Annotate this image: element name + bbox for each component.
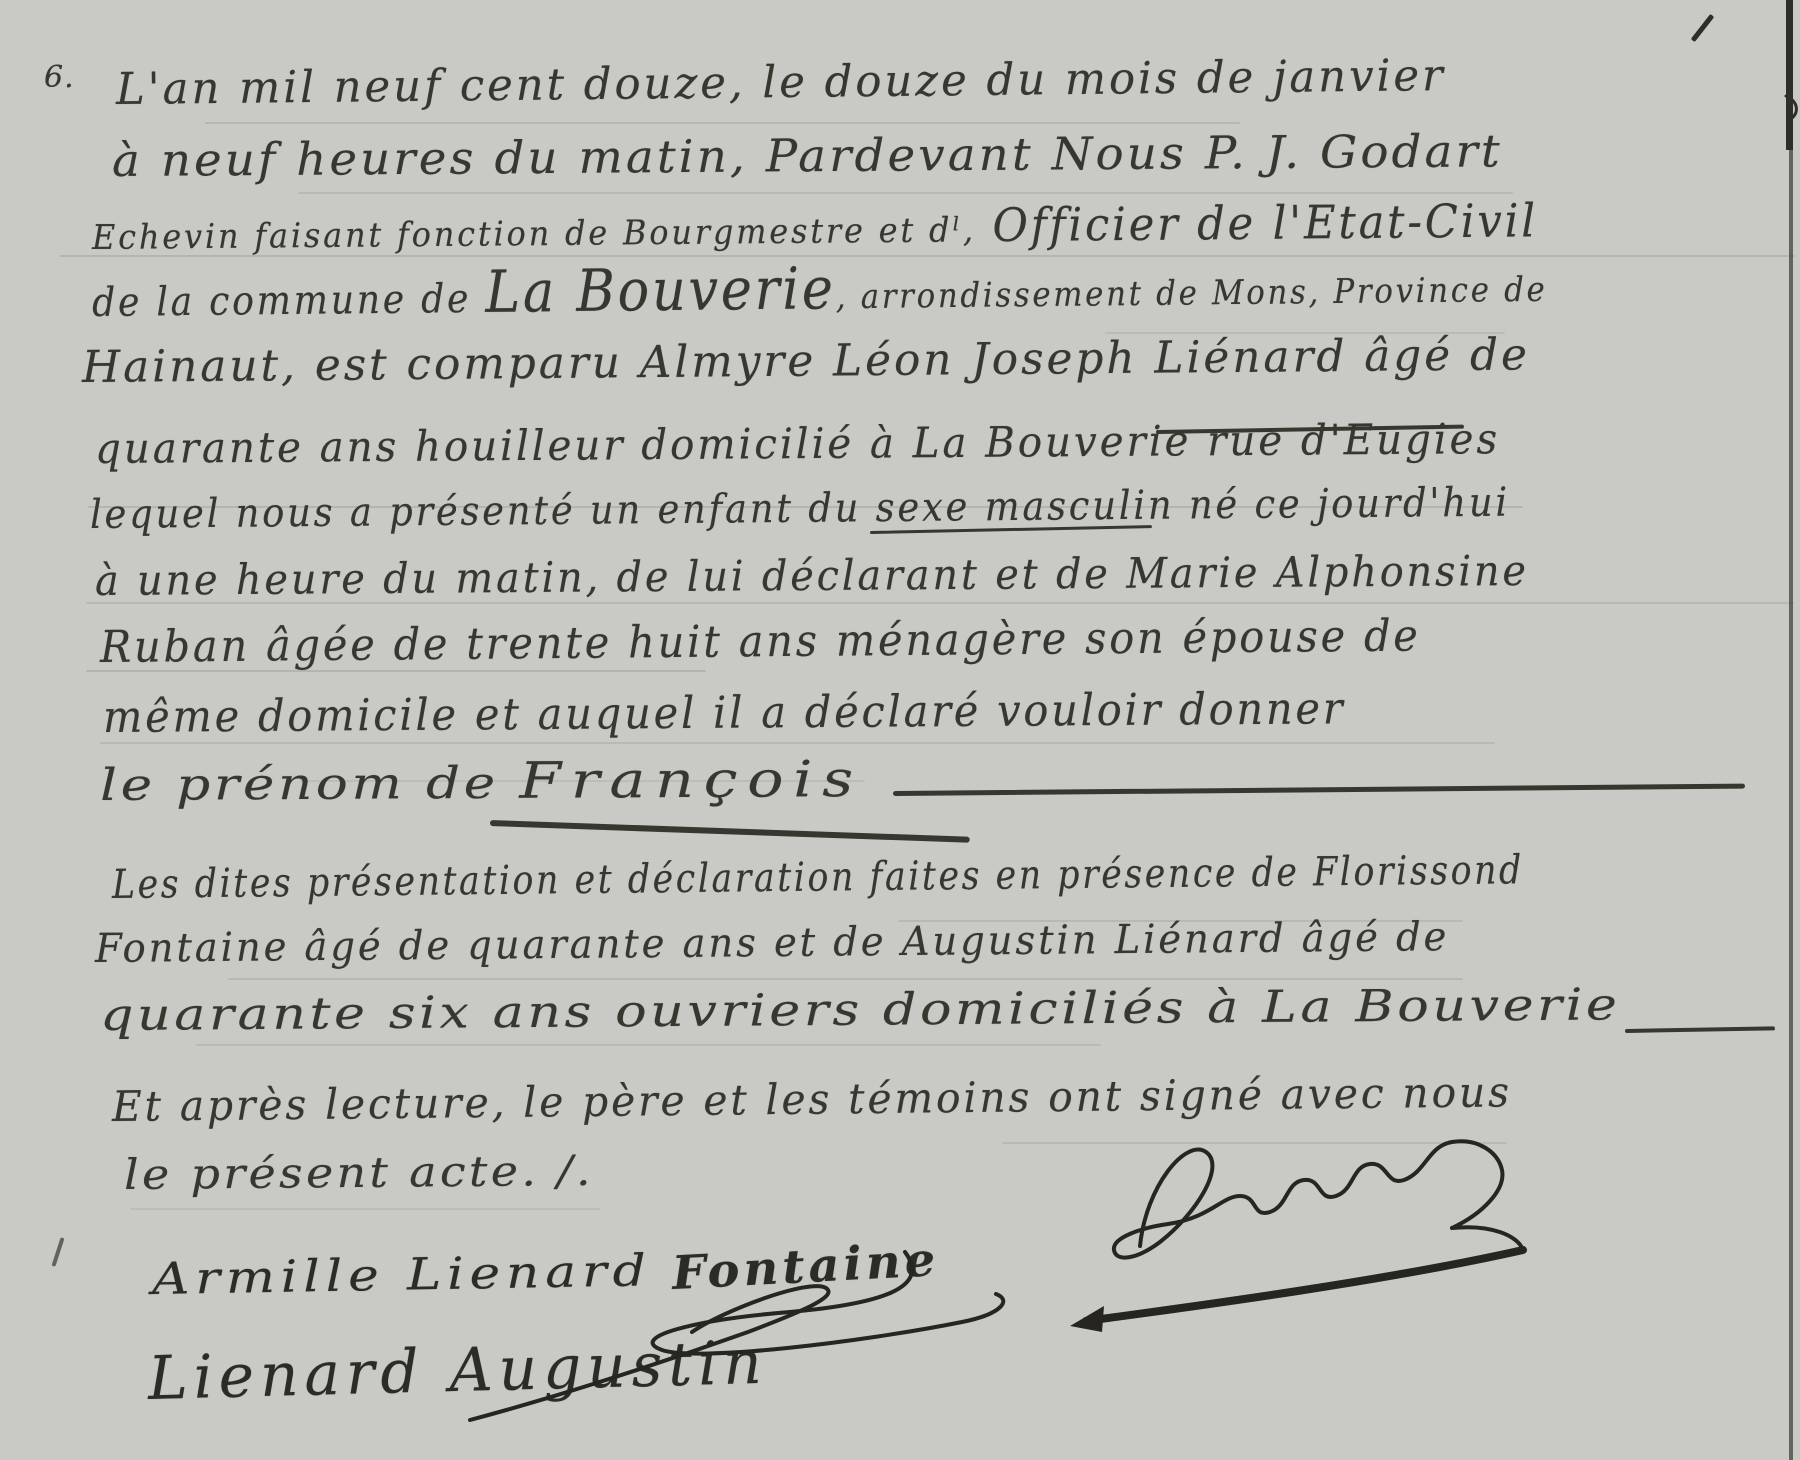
act-line-12: Les dites présentation et déclaration fa…	[112, 847, 1524, 908]
act-line-11: le prénom de François	[100, 750, 863, 812]
godart-stroke-arrowhead	[1070, 1306, 1104, 1332]
act-line-11-part2: François	[519, 750, 863, 810]
act-line-7: lequel nous a présenté un enfant du sexe…	[90, 480, 1510, 538]
signature-fontaine: Fontaine	[671, 1232, 941, 1300]
act-line-10: même domicile et auquel il a déclaré vou…	[103, 683, 1346, 743]
ruled-line	[130, 1208, 600, 1210]
act-line-14: quarante six ans ouvriers domiciliés à L…	[100, 979, 1621, 1041]
godart-signature-sweep	[1452, 1227, 1523, 1250]
act-line-6: quarante ans houilleur domicilié à La Bo…	[95, 414, 1500, 473]
bouverie-filler-line	[1625, 1026, 1775, 1033]
pen-slip-mark	[51, 1237, 64, 1267]
register-page: 6. L'an mil neuf cent douze, le douze du…	[0, 0, 1800, 1460]
act-line-16: le présent acte. /.	[124, 1146, 594, 1199]
act-line-3-part1: Echevin faisant fonction de Bourgmestre …	[92, 210, 976, 258]
ruled-line	[1002, 1142, 1507, 1144]
act-line-8: à une heure du matin, de lui déclarant e…	[95, 546, 1529, 605]
act-line-1: L'an mil neuf cent douze, le douze du mo…	[116, 50, 1446, 115]
godart-signature-stroke	[1086, 1250, 1523, 1321]
act-line-2: à neuf heures du matin, Pardevant Nous P…	[112, 124, 1503, 187]
signature-lienard-augustin: Lienard Augustin	[147, 1328, 768, 1414]
ruled-line	[100, 742, 1495, 744]
act-line-3-part2: Officier de l'Etat-Civil	[976, 193, 1538, 252]
act-line-4-part2: La Bouverie	[485, 254, 836, 326]
act-line-15: Et après lecture, le père et les témoins…	[112, 1067, 1512, 1131]
act-line-9: Ruban âgée de trente huit ans ménagère s…	[100, 610, 1421, 673]
act-line-4-part3: , arrondissement de Mons, Province de	[835, 270, 1547, 317]
act-line-5: Hainaut, est comparu Almyre Léon Joseph …	[82, 329, 1530, 393]
ruled-line	[196, 1044, 1101, 1046]
page-edge-line	[1789, 0, 1793, 1460]
signature-armille-lienard: Armille Lienard	[152, 1245, 652, 1305]
act-line-13: Fontaine âgé de quarante ans et de Augus…	[95, 914, 1450, 972]
act-number: 6.	[44, 60, 75, 95]
act-line-11-part1: le prénom de	[100, 758, 520, 811]
act-line-4: de la commune de La Bouverie, arrondisse…	[92, 247, 1548, 330]
francois-filler-line	[893, 784, 1745, 796]
godart-signature-scrawl	[1114, 1141, 1503, 1257]
francois-underline	[490, 820, 970, 843]
act-line-4-part1: de la commune de	[92, 276, 486, 326]
ruled-line	[228, 978, 1463, 980]
ruled-line	[205, 122, 1240, 124]
ruled-line	[298, 192, 1513, 194]
page-edge-shadow	[1786, 0, 1793, 150]
corner-ink-mark	[1691, 14, 1715, 42]
